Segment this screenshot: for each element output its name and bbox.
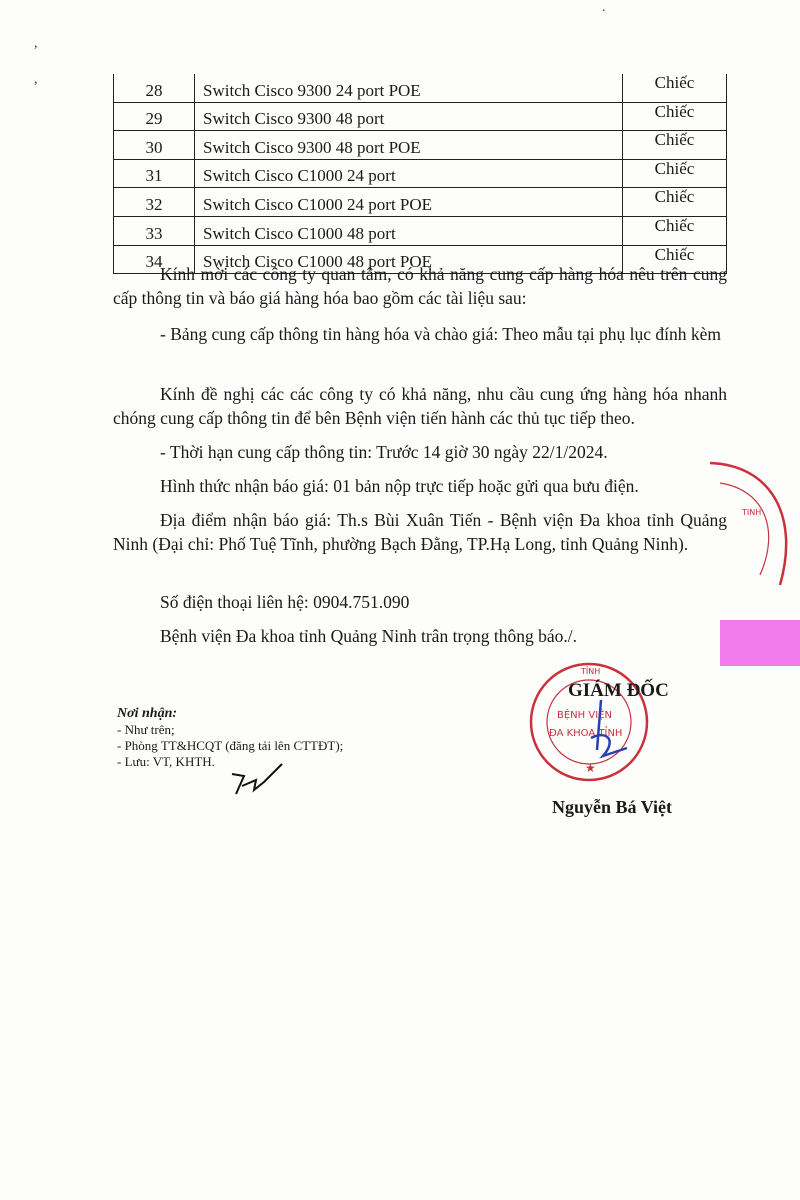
items-table: 28Switch Cisco 9300 24 port POEChiếc29Sw… (113, 74, 727, 274)
table-row: 30Switch Cisco 9300 48 port POEChiếc (114, 131, 727, 160)
stray-mark: . (602, 0, 606, 16)
item-number: 29 (114, 102, 195, 131)
invite-paragraph: Kính mời các công ty quan tâm, có khả nă… (113, 262, 727, 310)
item-name: Switch Cisco C1000 24 port POE (195, 188, 623, 217)
table-row: 31Switch Cisco C1000 24 portChiếc (114, 159, 727, 188)
item-number: 30 (114, 131, 195, 160)
item-name: Switch Cisco C1000 48 port (195, 216, 623, 245)
item-name: Switch Cisco 9300 48 port (195, 102, 623, 131)
request-paragraph: Kính đề nghị các các công ty có khả năng… (113, 382, 727, 430)
item-number: 32 (114, 188, 195, 217)
table-row: 33Switch Cisco C1000 48 portChiếc (114, 216, 727, 245)
item-name: Switch Cisco 9300 24 port POE (195, 74, 623, 102)
item-unit: Chiếc (623, 188, 727, 217)
official-stamp-icon: TỈNH BỆNH VIỆN ĐA KHOA TỈNH ★ (527, 660, 652, 785)
location-paragraph: Địa điểm nhận báo giá: Th.s Bùi Xuân Tiế… (113, 508, 727, 556)
item-number: 31 (114, 159, 195, 188)
table-row: 28Switch Cisco 9300 24 port POEChiếc (114, 74, 727, 102)
item-number: 28 (114, 74, 195, 102)
item-unit: Chiếc (623, 102, 727, 131)
closing-paragraph: Bệnh viện Đa khoa tỉnh Quảng Ninh trân t… (113, 624, 727, 648)
signatory-name: Nguyễn Bá Việt (552, 797, 672, 818)
item-unit: Chiếc (623, 159, 727, 188)
item-unit: Chiếc (623, 216, 727, 245)
deadline-paragraph: - Thời hạn cung cấp thông tin: Trước 14 … (113, 440, 727, 464)
table-row: 32Switch Cisco C1000 24 port POEChiếc (114, 188, 727, 217)
recipients-title: Nơi nhận: (117, 706, 343, 722)
svg-text:ĐA KHOA TỈNH: ĐA KHOA TỈNH (549, 725, 622, 739)
item-unit: Chiếc (623, 131, 727, 160)
stray-mark: , (34, 72, 38, 88)
stray-mark: , (34, 36, 38, 52)
table-row: 29Switch Cisco 9300 48 portChiếc (114, 102, 727, 131)
svg-text:TỈNH: TỈNH (580, 665, 600, 676)
document-list-paragraph: - Bảng cung cấp thông tin hàng hóa và ch… (113, 322, 727, 346)
recipient-item: - Phòng TT&HCQT (đăng tải lên CTTĐT); (117, 738, 343, 754)
method-paragraph: Hình thức nhận báo giá: 01 bản nộp trực … (113, 474, 727, 498)
highlight-marker (720, 620, 800, 666)
svg-text:BỆNH VIỆN: BỆNH VIỆN (557, 708, 612, 721)
initials-scribble-icon (230, 760, 290, 800)
item-name: Switch Cisco C1000 24 port (195, 159, 623, 188)
svg-text:★: ★ (585, 761, 596, 775)
recipient-item: - Như trên; (117, 722, 343, 738)
item-number: 33 (114, 216, 195, 245)
item-unit: Chiếc (623, 74, 727, 102)
signature-title: GIÁM ĐỐC (568, 680, 669, 702)
partial-stamp-icon: TINH (700, 455, 800, 595)
svg-text:TINH: TINH (741, 508, 761, 517)
item-name: Switch Cisco 9300 48 port POE (195, 131, 623, 160)
phone-paragraph: Số điện thoại liên hệ: 0904.751.090 (113, 590, 727, 614)
